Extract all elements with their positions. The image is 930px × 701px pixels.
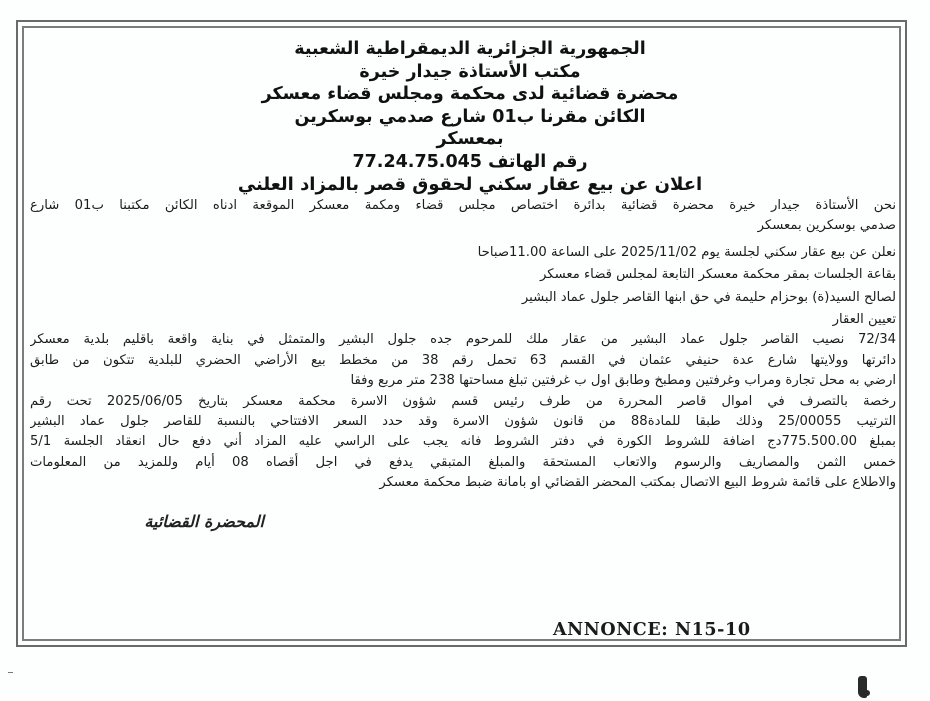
header-phone: رقم الهاتف 77.24.75.045 [120,151,820,174]
body-line: لصالح السيد(ة) بوحزام حليمة في حق ابنها … [30,288,896,308]
body-line: نحن الأستاذة جيدار خيرة محضرة قضائية بدا… [30,196,896,216]
body-line: دائرتها وولايتها شارع عدة حنيفي عثمان في… [30,351,896,371]
header-office-name: مكتب الأستاذة جيدار خيرة [120,61,820,84]
signature: المحضرة القضائية [44,512,264,531]
scan-artifact-mark [858,676,867,698]
body-line: بمبلغ 775.500.00دج اضافة للشروط الكورة ف… [30,432,896,452]
body-line: الترتيب 25/00055 وذلك طبقا للمادة88 من ق… [30,412,896,432]
body-line: خمس الثمن والمصاريف والرسوم والاتعاب الم… [30,453,896,473]
body-line: تعيين العقار [30,310,896,330]
body-line: رخصة بالتصرف في اموال قاصر المحررة من طر… [30,392,896,412]
notice-body: نحن الأستاذة جيدار خيرة محضرة قضائية بدا… [30,196,896,494]
body-line: صدمي بوسكرين بمعسكر [30,216,896,236]
notice-title: اعلان عن بيع عقار سكني لحقوق قصر بالمزاد… [120,174,820,197]
header-city: بمعسكر [120,128,820,151]
body-line: والاطلاع على قائمة شروط البيع الاتصال بم… [30,473,896,493]
body-line: بقاعة الجلسات بمقر محكمة معسكر التابعة ل… [30,265,896,285]
header-republic-name: الجمهورية الجزائرية الديمقراطية الشعبية [120,38,820,61]
header-address: الكائن مقرنا ب01 شارع صدمي بوسكرين [120,106,820,129]
body-line: نعلن عن بيع عقار سكني لجلسة يوم 2025/11/… [30,243,896,263]
announcement-number: ANNONCE: N15-10 [553,620,751,640]
body-line: ارضي به محل تجارة ومراب وغرفتين ومطبخ وط… [30,371,896,391]
header-bailiff-title: محضرة قضائية لدى محكمة ومجلس قضاء معسكر [120,83,820,106]
document-header: الجمهورية الجزائرية الديمقراطية الشعبية … [120,38,820,196]
body-line: 72/34 نصيب القاصر جلول عماد البشير من عق… [30,330,896,350]
scan-artifact-dash [8,672,13,673]
